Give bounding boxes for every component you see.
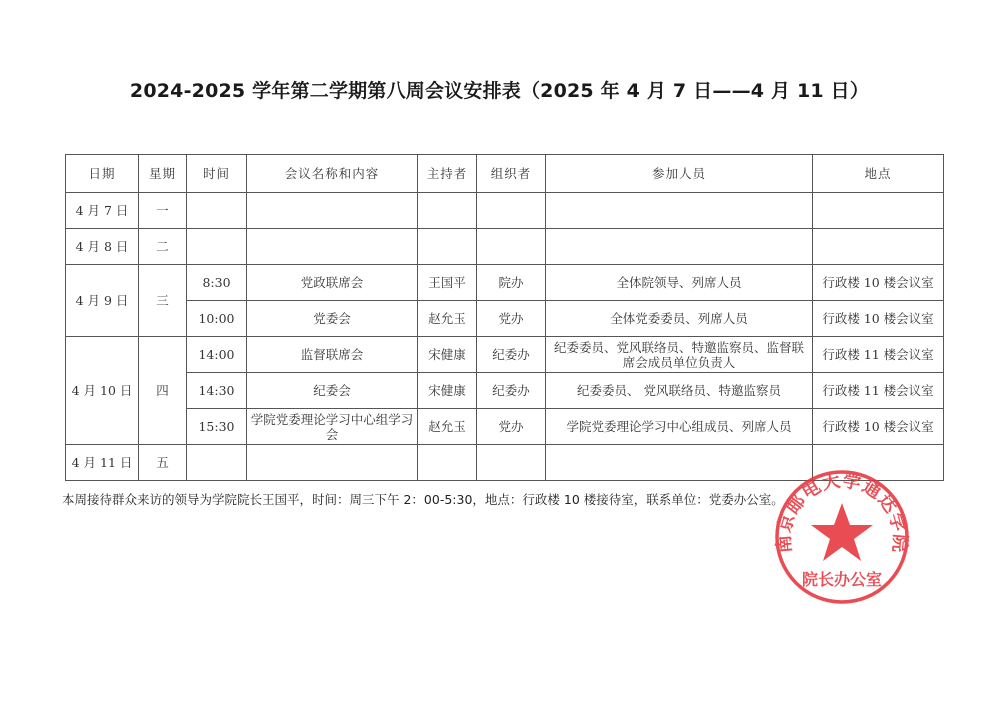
attendees-cell: 学院党委理论学习中心组成员、列席人员 <box>546 409 813 445</box>
host-cell: 王国平 <box>418 265 477 301</box>
weekday-cell: 二 <box>139 229 187 265</box>
weekday-cell: 五 <box>139 445 187 481</box>
time-cell: 15:30 <box>187 409 247 445</box>
time-cell: 10:00 <box>187 301 247 337</box>
weekday-cell: 三 <box>139 265 187 337</box>
header-meeting-name: 会议名称和内容 <box>247 155 418 193</box>
time-cell: 14:00 <box>187 337 247 373</box>
location-cell: 行政楼 10 楼会议室 <box>813 265 944 301</box>
date-cell: 4 月 7 日 <box>66 193 139 229</box>
host-cell: 赵允玉 <box>418 301 477 337</box>
organizer-cell: 纪委办 <box>477 337 546 373</box>
header-date: 日期 <box>66 155 139 193</box>
header-organizer: 组织者 <box>477 155 546 193</box>
organizer-cell: 院办 <box>477 265 546 301</box>
table-header-row: 日期 星期 时间 会议名称和内容 主持者 组织者 参加人员 地点 <box>66 155 944 193</box>
time-cell: 8:30 <box>187 265 247 301</box>
meeting-name-cell: 学院党委理论学习中心组学习会 <box>247 409 418 445</box>
weekday-cell: 一 <box>139 193 187 229</box>
table-row: 14:30 纪委会 宋健康 纪委办 纪委委员、 党风联络员、特邀监察员 行政楼 … <box>66 373 944 409</box>
table-row: 4 月 10 日 四 14:00 监督联席会 宋健康 纪委办 纪委委员、党风联络… <box>66 337 944 373</box>
location-cell: 行政楼 10 楼会议室 <box>813 301 944 337</box>
header-attendees: 参加人员 <box>546 155 813 193</box>
time-cell: 14:30 <box>187 373 247 409</box>
meeting-name-cell: 党委会 <box>247 301 418 337</box>
location-cell: 行政楼 11 楼会议室 <box>813 373 944 409</box>
seal-inner-text: 院长办公室 <box>802 570 882 589</box>
meeting-name-cell: 纪委会 <box>247 373 418 409</box>
star-icon <box>811 503 873 561</box>
attendees-cell: 纪委委员、 党风联络员、特邀监察员 <box>546 373 813 409</box>
header-weekday: 星期 <box>139 155 187 193</box>
header-location: 地点 <box>813 155 944 193</box>
organizer-cell: 纪委办 <box>477 373 546 409</box>
table-row: 4 月 7 日 一 <box>66 193 944 229</box>
host-cell: 宋健康 <box>418 337 477 373</box>
header-time: 时间 <box>187 155 247 193</box>
meeting-name-cell: 党政联席会 <box>247 265 418 301</box>
weekday-cell: 四 <box>139 337 187 445</box>
reception-note: 本周接待群众来访的领导为学院院长王国平，时间：周三下午 2：00-5:30，地点… <box>62 490 784 508</box>
host-cell: 宋健康 <box>418 373 477 409</box>
attendees-cell: 纪委委员、党风联络员、特邀监察员、监督联席会成员单位负责人 <box>546 337 813 373</box>
page-title: 2024-2025 学年第二学期第八周会议安排表（2025 年 4 月 7 日—… <box>0 76 999 103</box>
location-cell: 行政楼 11 楼会议室 <box>813 337 944 373</box>
date-cell: 4 月 10 日 <box>66 337 139 445</box>
host-cell: 赵允玉 <box>418 409 477 445</box>
organizer-cell: 党办 <box>477 409 546 445</box>
date-cell: 4 月 11 日 <box>66 445 139 481</box>
location-cell: 行政楼 10 楼会议室 <box>813 409 944 445</box>
table-row: 15:30 学院党委理论学习中心组学习会 赵允玉 党办 学院党委理论学习中心组成… <box>66 409 944 445</box>
meeting-name-cell: 监督联席会 <box>247 337 418 373</box>
organizer-cell: 党办 <box>477 301 546 337</box>
meeting-schedule-table: 日期 星期 时间 会议名称和内容 主持者 组织者 参加人员 地点 4 月 7 日… <box>65 154 944 481</box>
attendees-cell: 全体党委委员、列席人员 <box>546 301 813 337</box>
date-cell: 4 月 8 日 <box>66 229 139 265</box>
table-row: 10:00 党委会 赵允玉 党办 全体党委委员、列席人员 行政楼 10 楼会议室 <box>66 301 944 337</box>
table-row: 4 月 8 日 二 <box>66 229 944 265</box>
table-row: 4 月 9 日 三 8:30 党政联席会 王国平 院办 全体院领导、列席人员 行… <box>66 265 944 301</box>
official-seal-icon: 南京邮电大学通达学院 院长办公室 <box>772 467 912 607</box>
header-host: 主持者 <box>418 155 477 193</box>
date-cell: 4 月 9 日 <box>66 265 139 337</box>
attendees-cell: 全体院领导、列席人员 <box>546 265 813 301</box>
